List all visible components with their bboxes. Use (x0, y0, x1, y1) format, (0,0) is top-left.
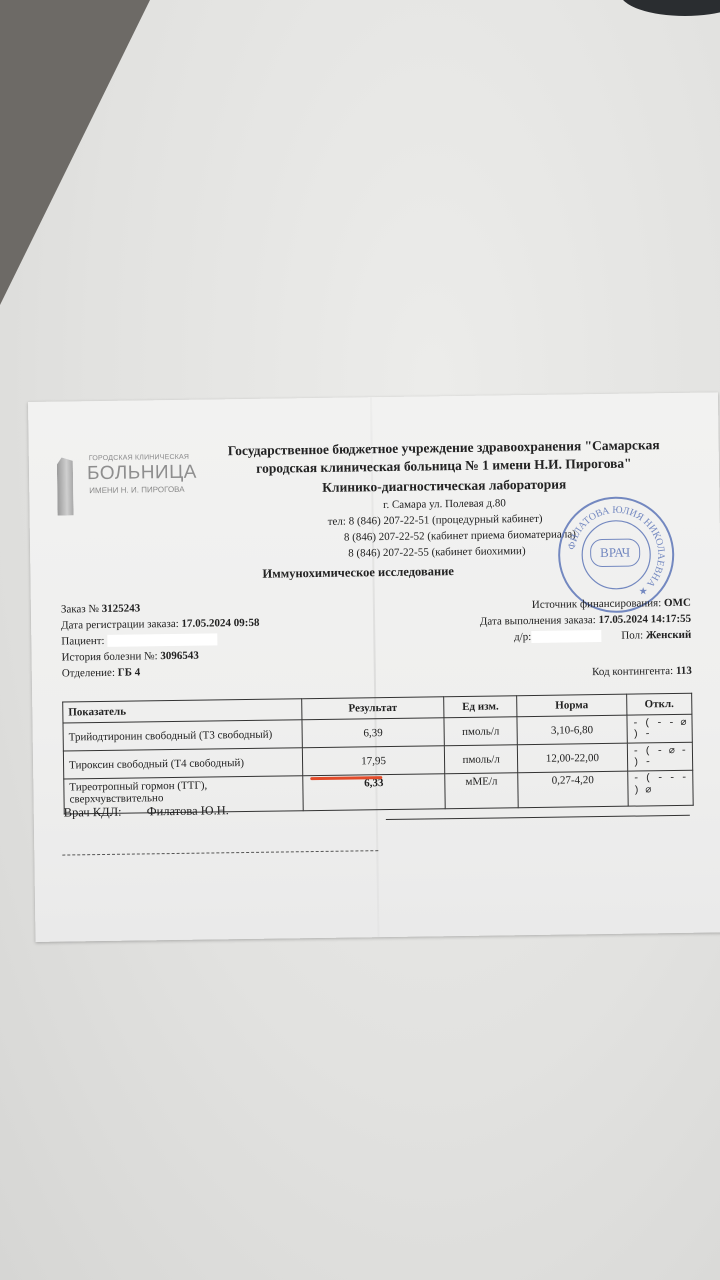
header-deviation: Откл. (627, 693, 692, 715)
row-unit: пмоль/л (444, 717, 517, 746)
doctor-stamp: ФИЛАТОВА ЮЛИЯ НИКОЛАЕВНА ★ ВРАЧ (557, 496, 675, 614)
lab-name: Клинико-диагностическая лаборатория (209, 475, 679, 498)
signature-line (386, 815, 690, 820)
patient-label: Пациент: (61, 635, 107, 648)
done-value: 17.05.2024 14:17:55 (598, 613, 691, 626)
funding-label: Источник финансирования: (532, 597, 664, 611)
row-unit: пмоль/л (445, 745, 518, 774)
contingent-label: Код контингента: (592, 665, 676, 678)
reg-label: Дата регистрации заказа: (61, 618, 182, 632)
stamp-center: ВРАЧ (590, 538, 640, 567)
registration-date: Дата регистрации заказа: 17.05.2024 09:5… (61, 617, 259, 632)
row-norm: 0,27-4,20 (518, 771, 628, 808)
row-deviation: - ( - ⌀ - ) - (627, 742, 693, 771)
book-logo-icon (57, 457, 74, 515)
row-indicator: Тироксин свободный (Т4 свободный) (63, 748, 302, 779)
logo-line1: ГОРОДСКАЯ КЛИНИЧЕСКАЯ (89, 454, 189, 462)
signature-block: Врач КДЛ: Филатова Ю.Н. (64, 803, 229, 820)
dob-label: д/р: (514, 631, 531, 643)
phone-1: тел: 8 (846) 207-22-51 (процедурный каби… (328, 513, 543, 528)
phone-2: 8 (846) 207-22-52 (кабинет приема биомат… (344, 528, 576, 543)
history-label: История болезни №: (61, 650, 160, 663)
redacted-patient-name (107, 634, 217, 648)
case-history: История болезни №: 3096543 (61, 650, 198, 664)
dept-value: ГБ 4 (118, 666, 141, 678)
row-deviation: - ( - - ⌀ ) - (627, 714, 693, 743)
order-label: Заказ № (61, 603, 102, 616)
row-indicator: Трийодтиронин свободный (Т3 свободный) (63, 720, 302, 751)
report-title: Иммунохимическое исследование (262, 564, 454, 582)
contingent-value: 113 (676, 665, 692, 677)
hospital-logo: ГОРОДСКАЯ КЛИНИЧЕСКАЯ БОЛЬНИЦА ИМЕНИ Н. … (51, 447, 212, 519)
cut-line (62, 850, 378, 855)
logo-line2: БОЛЬНИЦА (87, 462, 197, 486)
row-norm: 3,10-6,80 (517, 715, 627, 745)
lab-report-paper: ГОРОДСКАЯ КЛИНИЧЕСКАЯ БОЛЬНИЦА ИМЕНИ Н. … (28, 392, 720, 942)
sex-label: Пол: (621, 629, 646, 641)
patient: Пациент: (61, 633, 217, 648)
signature-name: Филатова Ю.Н. (147, 803, 229, 818)
funding-source: Источник финансирования: ОМС (532, 597, 691, 611)
funding-value: ОМС (664, 597, 691, 609)
row-result: 17,95 (302, 746, 445, 776)
dept-label: Отделение: (62, 667, 118, 680)
row-unit: мМЕ/л (445, 773, 518, 809)
completion-date: Дата выполнения заказа: 17.05.2024 14:17… (480, 613, 691, 628)
results-table: Показатель Результат Ед изм. Норма Откл.… (62, 693, 694, 815)
signature-label: Врач КДЛ: (64, 805, 122, 820)
sex-value: Женский (646, 629, 692, 642)
phone-3: 8 (846) 207-22-55 (кабинет биохимии) (348, 545, 526, 559)
reg-value: 17.05.2024 09:58 (181, 617, 259, 630)
row-norm: 12,00-22,00 (517, 743, 627, 773)
header-norm: Норма (517, 694, 627, 717)
header-result: Результат (301, 697, 444, 720)
done-label: Дата выполнения заказа: (480, 614, 599, 628)
contingent-code: Код контингента: 113 (592, 665, 692, 678)
department: Отделение: ГБ 4 (62, 666, 141, 679)
redacted-dob (531, 630, 601, 643)
history-value: 3096543 (160, 650, 199, 663)
row-deviation: - ( - - - ) ⌀ (628, 770, 694, 806)
order-value: 3125243 (102, 602, 141, 615)
row-result: 6,39 (302, 718, 445, 748)
header-unit: Ед изм. (444, 696, 517, 718)
order-number: Заказ № 3125243 (61, 602, 140, 615)
dob-sex: д/р:Пол: Женский (514, 629, 691, 644)
logo-line3: ИМЕНИ Н. И. ПИРОГОВА (89, 485, 184, 495)
